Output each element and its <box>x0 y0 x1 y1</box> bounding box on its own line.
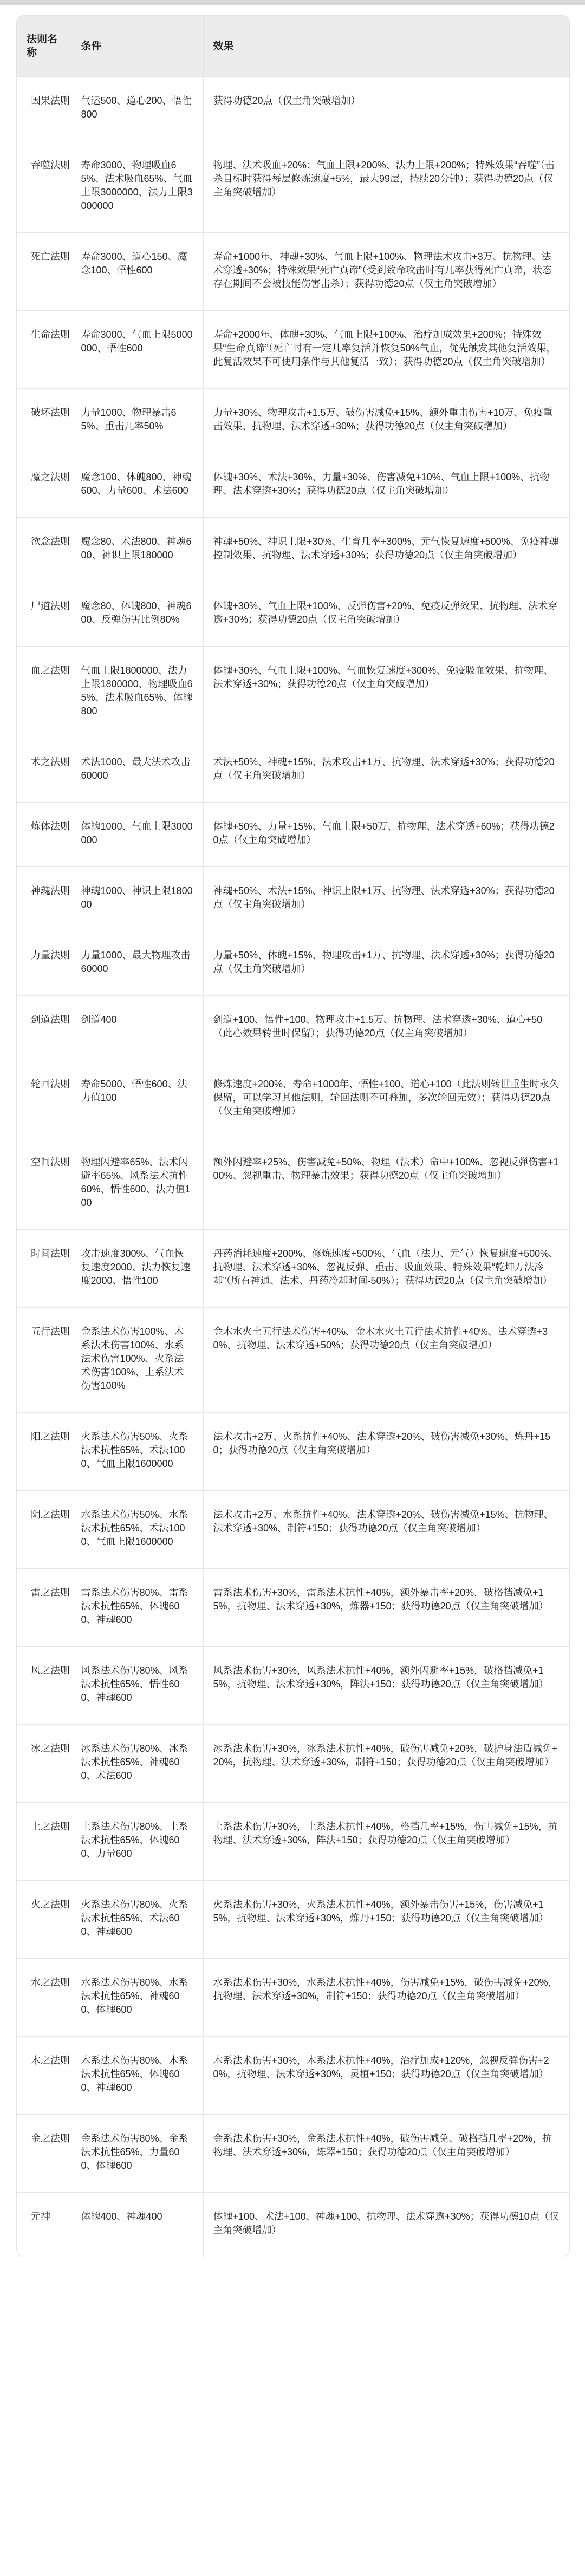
rule-name: 时间法则 <box>17 1230 71 1308</box>
rule-condition: 力量1000、物理暴击65%、重击几率50% <box>71 389 203 453</box>
rule-effect: 水系法术伤害+30%，水系法术抗性+40%，伤害减免+15%，破伤害减免+20%… <box>203 1959 569 2037</box>
rule-effect: 火系法术伤害+30%，火系法术抗性+40%，额外暴击伤害+15%，伤害减免+15… <box>203 1881 569 1959</box>
rule-condition: 寿命3000、物理吸血65%、法术吸血65%、气血上限3000000、法力上限3… <box>71 141 203 233</box>
table-row: 魔之法则魔念100、体魄800、神魂600、力量600、术法600体魄+30%、… <box>17 453 569 518</box>
rule-condition: 力量1000、最大物理攻击60000 <box>71 931 203 996</box>
rule-name: 尸道法则 <box>17 582 71 647</box>
table-row: 元神体魄400、神魂400体魄+100、术法+100、神魂+100、抗物理、法术… <box>17 2193 569 2257</box>
rule-name: 欲念法则 <box>17 518 71 582</box>
rule-condition: 魔念80、术法800、神魂600、神识上限180000 <box>71 518 203 582</box>
rule-name: 术之法则 <box>17 738 71 803</box>
rule-name: 雷之法则 <box>17 1569 71 1647</box>
rule-effect: 剑道+100、悟性+100、物理攻击+1.5万、抗物理、法术穿透+30%、道心+… <box>203 996 569 1060</box>
rule-name: 生命法则 <box>17 311 71 389</box>
rule-name: 因果法则 <box>17 77 71 141</box>
table-header: 法则名称 条件 效果 <box>17 16 569 77</box>
rule-condition: 木系法术伤害80%、木系法术抗性65%、体魄600、神魂600 <box>71 2037 203 2115</box>
rules-table-card: 法则名称 条件 效果 因果法则气运500、道心200、悟性800获得功德20点（… <box>16 15 570 2257</box>
table-row: 雷之法则雷系法术伤害80%、雷系法术抗性65%、体魄600、神魂600雷系法术伤… <box>17 1569 569 1647</box>
rule-condition: 魔念80、体魄800、神魂600、反弹伤害比例80% <box>71 582 203 647</box>
rule-effect: 丹药消耗速度+200%、修炼速度+500%、气血（法力、元气）恢复速度+500%… <box>203 1230 569 1308</box>
rule-condition: 寿命3000、气血上限5000000、悟性600 <box>71 311 203 389</box>
rule-condition: 水系法术伤害50%、水系法术抗性65%、术法1000、气血上限1600000 <box>71 1491 203 1569</box>
rule-condition: 冰系法术伤害80%、冰系法术抗性65%、神魂600、术法600 <box>71 1725 203 1803</box>
rule-effect: 金木水火土五行法术伤害+40%、金木水火土五行法术抗性+40%、法术穿透+30%… <box>203 1308 569 1413</box>
rule-name: 水之法则 <box>17 1959 71 2037</box>
table-row: 神魂法则神魂1000、神识上限180000神魂+50%、术法+15%、神识上限+… <box>17 867 569 931</box>
rule-effect: 力量+30%、物理攻击+1.5万、破伤害减免+15%、额外重击伤害+10万、免疫… <box>203 389 569 453</box>
rule-name: 阳之法则 <box>17 1413 71 1491</box>
table-row: 吞噬法则寿命3000、物理吸血65%、法术吸血65%、气血上限3000000、法… <box>17 141 569 233</box>
rule-name: 木之法则 <box>17 2037 71 2115</box>
rule-condition: 物理闪避率65%、法术闪避率65%、风系法术抗性60%、悟性600、法力值100 <box>71 1138 203 1230</box>
rule-name: 炼体法则 <box>17 803 71 867</box>
table-row: 炼体法则体魄1000、气血上限3000000体魄+50%、力量+15%、气血上限… <box>17 803 569 867</box>
column-header-effect: 效果 <box>203 16 569 77</box>
rule-condition: 攻击速度300%、气血恢复速度2000、法力恢复速度2000、悟性100 <box>71 1230 203 1308</box>
rule-condition: 气血上限1800000、法力上限1800000、物理吸血65%、法术吸血65%、… <box>71 647 203 738</box>
table-row: 剑道法则剑道400剑道+100、悟性+100、物理攻击+1.5万、抗物理、法术穿… <box>17 996 569 1060</box>
rule-name: 阴之法则 <box>17 1491 71 1569</box>
rule-condition: 雷系法术伤害80%、雷系法术抗性65%、体魄600、神魂600 <box>71 1569 203 1647</box>
table-row: 风之法则风系法术伤害80%、风系法术抗性65%、悟性600、神魂600风系法术伤… <box>17 1647 569 1725</box>
table-row: 术之法则术法1000、最大法术攻击60000术法+50%、神魂+15%、法术攻击… <box>17 738 569 803</box>
table-row: 土之法则土系法术伤害80%、土系法术抗性65%、体魄600、力量600土系法术伤… <box>17 1803 569 1881</box>
rule-condition: 体魄1000、气血上限3000000 <box>71 803 203 867</box>
rule-effect: 寿命+1000年、神魂+30%、气血上限+100%、物理法术攻击+3万、抗物理、… <box>203 233 569 311</box>
column-header-condition: 条件 <box>71 16 203 77</box>
table-row: 空间法则物理闪避率65%、法术闪避率65%、风系法术抗性60%、悟性600、法力… <box>17 1138 569 1230</box>
rule-effect: 物理、法术吸血+20%；气血上限+200%、法力上限+200%；特殊效果“吞噬”… <box>203 141 569 233</box>
rule-name: 轮回法则 <box>17 1060 71 1138</box>
rule-effect: 获得功德20点（仅主角突破增加） <box>203 77 569 141</box>
table-row: 五行法则金系法术伤害100%、木系法术伤害100%、水系法术伤害100%、火系法… <box>17 1308 569 1413</box>
table-row: 血之法则气血上限1800000、法力上限1800000、物理吸血65%、法术吸血… <box>17 647 569 738</box>
rule-effect: 金系法术伤害+30%，金系法术抗性+40%，破伤害减免、破格挡几率+20%，抗物… <box>203 2115 569 2193</box>
rule-name: 神魂法则 <box>17 867 71 931</box>
table-row: 力量法则力量1000、最大物理攻击60000力量+50%、体魄+15%、物理攻击… <box>17 931 569 996</box>
table-row: 水之法则水系法术伤害80%、水系法术抗性65%、神魂600、体魄600水系法术伤… <box>17 1959 569 2037</box>
rule-effect: 术法+50%、神魂+15%、法术攻击+1万、抗物理、法术穿透+30%；获得功德2… <box>203 738 569 803</box>
table-row: 阳之法则火系法术伤害50%、火系法术抗性65%、术法1000、气血上限16000… <box>17 1413 569 1491</box>
table-row: 火之法则火系法术伤害80%、火系法术抗性65%、术法600、神魂600火系法术伤… <box>17 1881 569 1959</box>
rule-condition: 魔念100、体魄800、神魂600、力量600、术法600 <box>71 453 203 518</box>
column-header-rule-name: 法则名称 <box>17 16 71 77</box>
table-row: 金之法则金系法术伤害80%、金系法术抗性65%、力量600、体魄600金系法术伤… <box>17 2115 569 2193</box>
rule-effect: 雷系法术伤害+30%，雷系法术抗性+40%，额外暴击率+20%，破格挡减免+15… <box>203 1569 569 1647</box>
rule-name: 冰之法则 <box>17 1725 71 1803</box>
table-row: 因果法则气运500、道心200、悟性800获得功德20点（仅主角突破增加） <box>17 77 569 141</box>
rule-name: 土之法则 <box>17 1803 71 1881</box>
rule-effect: 法术攻击+2万、水系抗性+40%、法术穿透+20%、破伤害减免+15%、抗物理、… <box>203 1491 569 1569</box>
table-row: 冰之法则冰系法术伤害80%、冰系法术抗性65%、神魂600、术法600冰系法术伤… <box>17 1725 569 1803</box>
rule-name: 金之法则 <box>17 2115 71 2193</box>
rule-effect: 体魄+30%、术法+30%、力量+30%、伤害减免+10%、气血上限+100%、… <box>203 453 569 518</box>
table-row: 时间法则攻击速度300%、气血恢复速度2000、法力恢复速度2000、悟性100… <box>17 1230 569 1308</box>
table-body: 因果法则气运500、道心200、悟性800获得功德20点（仅主角突破增加）吞噬法… <box>17 77 569 2257</box>
rule-name: 吞噬法则 <box>17 141 71 233</box>
rule-condition: 气运500、道心200、悟性800 <box>71 77 203 141</box>
rule-effect: 风系法术伤害+30%，风系法术抗性+40%，额外闪避率+15%，破格挡减免+15… <box>203 1647 569 1725</box>
table-row: 轮回法则寿命5000、悟性600、法力值100修炼速度+200%、寿命+1000… <box>17 1060 569 1138</box>
table-row: 阴之法则水系法术伤害50%、水系法术抗性65%、术法1000、气血上限16000… <box>17 1491 569 1569</box>
rule-effect: 修炼速度+200%、寿命+1000年、悟性+100、道心+100（此法则转世重生… <box>203 1060 569 1138</box>
rule-effect: 体魄+100、术法+100、神魂+100、抗物理、法术穿透+30%；获得功德10… <box>203 2193 569 2257</box>
rule-effect: 力量+50%、体魄+15%、物理攻击+1万、抗物理、法术穿透+30%；获得功德2… <box>203 931 569 996</box>
header-row: 法则名称 条件 效果 <box>17 16 569 77</box>
rule-name: 五行法则 <box>17 1308 71 1413</box>
rule-condition: 水系法术伤害80%、水系法术抗性65%、神魂600、体魄600 <box>71 1959 203 2037</box>
rule-effect: 木系法术伤害+30%，木系法术抗性+40%，治疗加成+120%，忽视反弹伤害+2… <box>203 2037 569 2115</box>
rule-name: 风之法则 <box>17 1647 71 1725</box>
rule-effect: 法术攻击+2万、火系抗性+40%、法术穿透+20%、破伤害减免+30%、炼丹+1… <box>203 1413 569 1491</box>
table-row: 死亡法则寿命3000、道心150、魔念100、悟性600寿命+1000年、神魂+… <box>17 233 569 311</box>
rule-condition: 神魂1000、神识上限180000 <box>71 867 203 931</box>
table-row: 欲念法则魔念80、术法800、神魂600、神识上限180000神魂+50%、神识… <box>17 518 569 582</box>
rule-effect: 体魄+50%、力量+15%、气血上限+50万、抗物理、法术穿透+60%；获得功德… <box>203 803 569 867</box>
rule-effect: 神魂+50%、神识上限+30%、生育几率+300%、元气恢复速度+500%、免疫… <box>203 518 569 582</box>
rule-condition: 剑道400 <box>71 996 203 1060</box>
rule-effect: 体魄+30%、气血上限+100%、气血恢复速度+300%、免疫吸血效果、抗物理、… <box>203 647 569 738</box>
rule-name: 死亡法则 <box>17 233 71 311</box>
rule-effect: 寿命+2000年、体魄+30%、气血上限+100%、治疗加成效果+200%；特殊… <box>203 311 569 389</box>
table-row: 尸道法则魔念80、体魄800、神魂600、反弹伤害比例80%体魄+30%、气血上… <box>17 582 569 647</box>
rule-effect: 额外闪避率+25%、伤害减免+50%、物理（法术）命中+100%、忽视反弹伤害+… <box>203 1138 569 1230</box>
rule-condition: 风系法术伤害80%、风系法术抗性65%、悟性600、神魂600 <box>71 1647 203 1725</box>
rule-condition: 火系法术伤害50%、火系法术抗性65%、术法1000、气血上限1600000 <box>71 1413 203 1491</box>
rule-condition: 火系法术伤害80%、火系法术抗性65%、术法600、神魂600 <box>71 1881 203 1959</box>
rule-name: 元神 <box>17 2193 71 2257</box>
rule-name: 魔之法则 <box>17 453 71 518</box>
rule-condition: 寿命3000、道心150、魔念100、悟性600 <box>71 233 203 311</box>
rule-name: 力量法则 <box>17 931 71 996</box>
rule-effect: 土系法术伤害+30%，土系法术抗性+40%，格挡几率+15%，伤害减免+15%，… <box>203 1803 569 1881</box>
rule-effect: 冰系法术伤害+30%，冰系法术抗性+40%，破伤害减免+20%，破护身法盾减免+… <box>203 1725 569 1803</box>
rule-condition: 寿命5000、悟性600、法力值100 <box>71 1060 203 1138</box>
rule-name: 血之法则 <box>17 647 71 738</box>
rule-condition: 金系法术伤害80%、金系法术抗性65%、力量600、体魄600 <box>71 2115 203 2193</box>
table-row: 木之法则木系法术伤害80%、木系法术抗性65%、体魄600、神魂600木系法术伤… <box>17 2037 569 2115</box>
rule-name: 破坏法则 <box>17 389 71 453</box>
rule-effect: 神魂+50%、术法+15%、神识上限+1万、抗物理、法术穿透+30%；获得功德2… <box>203 867 569 931</box>
rule-name: 火之法则 <box>17 1881 71 1959</box>
rule-condition: 土系法术伤害80%、土系法术抗性65%、体魄600、力量600 <box>71 1803 203 1881</box>
rule-condition: 术法1000、最大法术攻击60000 <box>71 738 203 803</box>
table-row: 破坏法则力量1000、物理暴击65%、重击几率50%力量+30%、物理攻击+1.… <box>17 389 569 453</box>
rule-effect: 体魄+30%、气血上限+100%、反弹伤害+20%、免疫反弹效果、抗物理、法术穿… <box>203 582 569 647</box>
rule-name: 剑道法则 <box>17 996 71 1060</box>
top-divider-bar <box>0 0 585 5</box>
rule-name: 空间法则 <box>17 1138 71 1230</box>
rules-table: 法则名称 条件 效果 因果法则气运500、道心200、悟性800获得功德20点（… <box>17 16 569 2257</box>
rule-condition: 体魄400、神魂400 <box>71 2193 203 2257</box>
rule-condition: 金系法术伤害100%、木系法术伤害100%、水系法术伤害100%、火系法术伤害1… <box>71 1308 203 1413</box>
table-row: 生命法则寿命3000、气血上限5000000、悟性600寿命+2000年、体魄+… <box>17 311 569 389</box>
